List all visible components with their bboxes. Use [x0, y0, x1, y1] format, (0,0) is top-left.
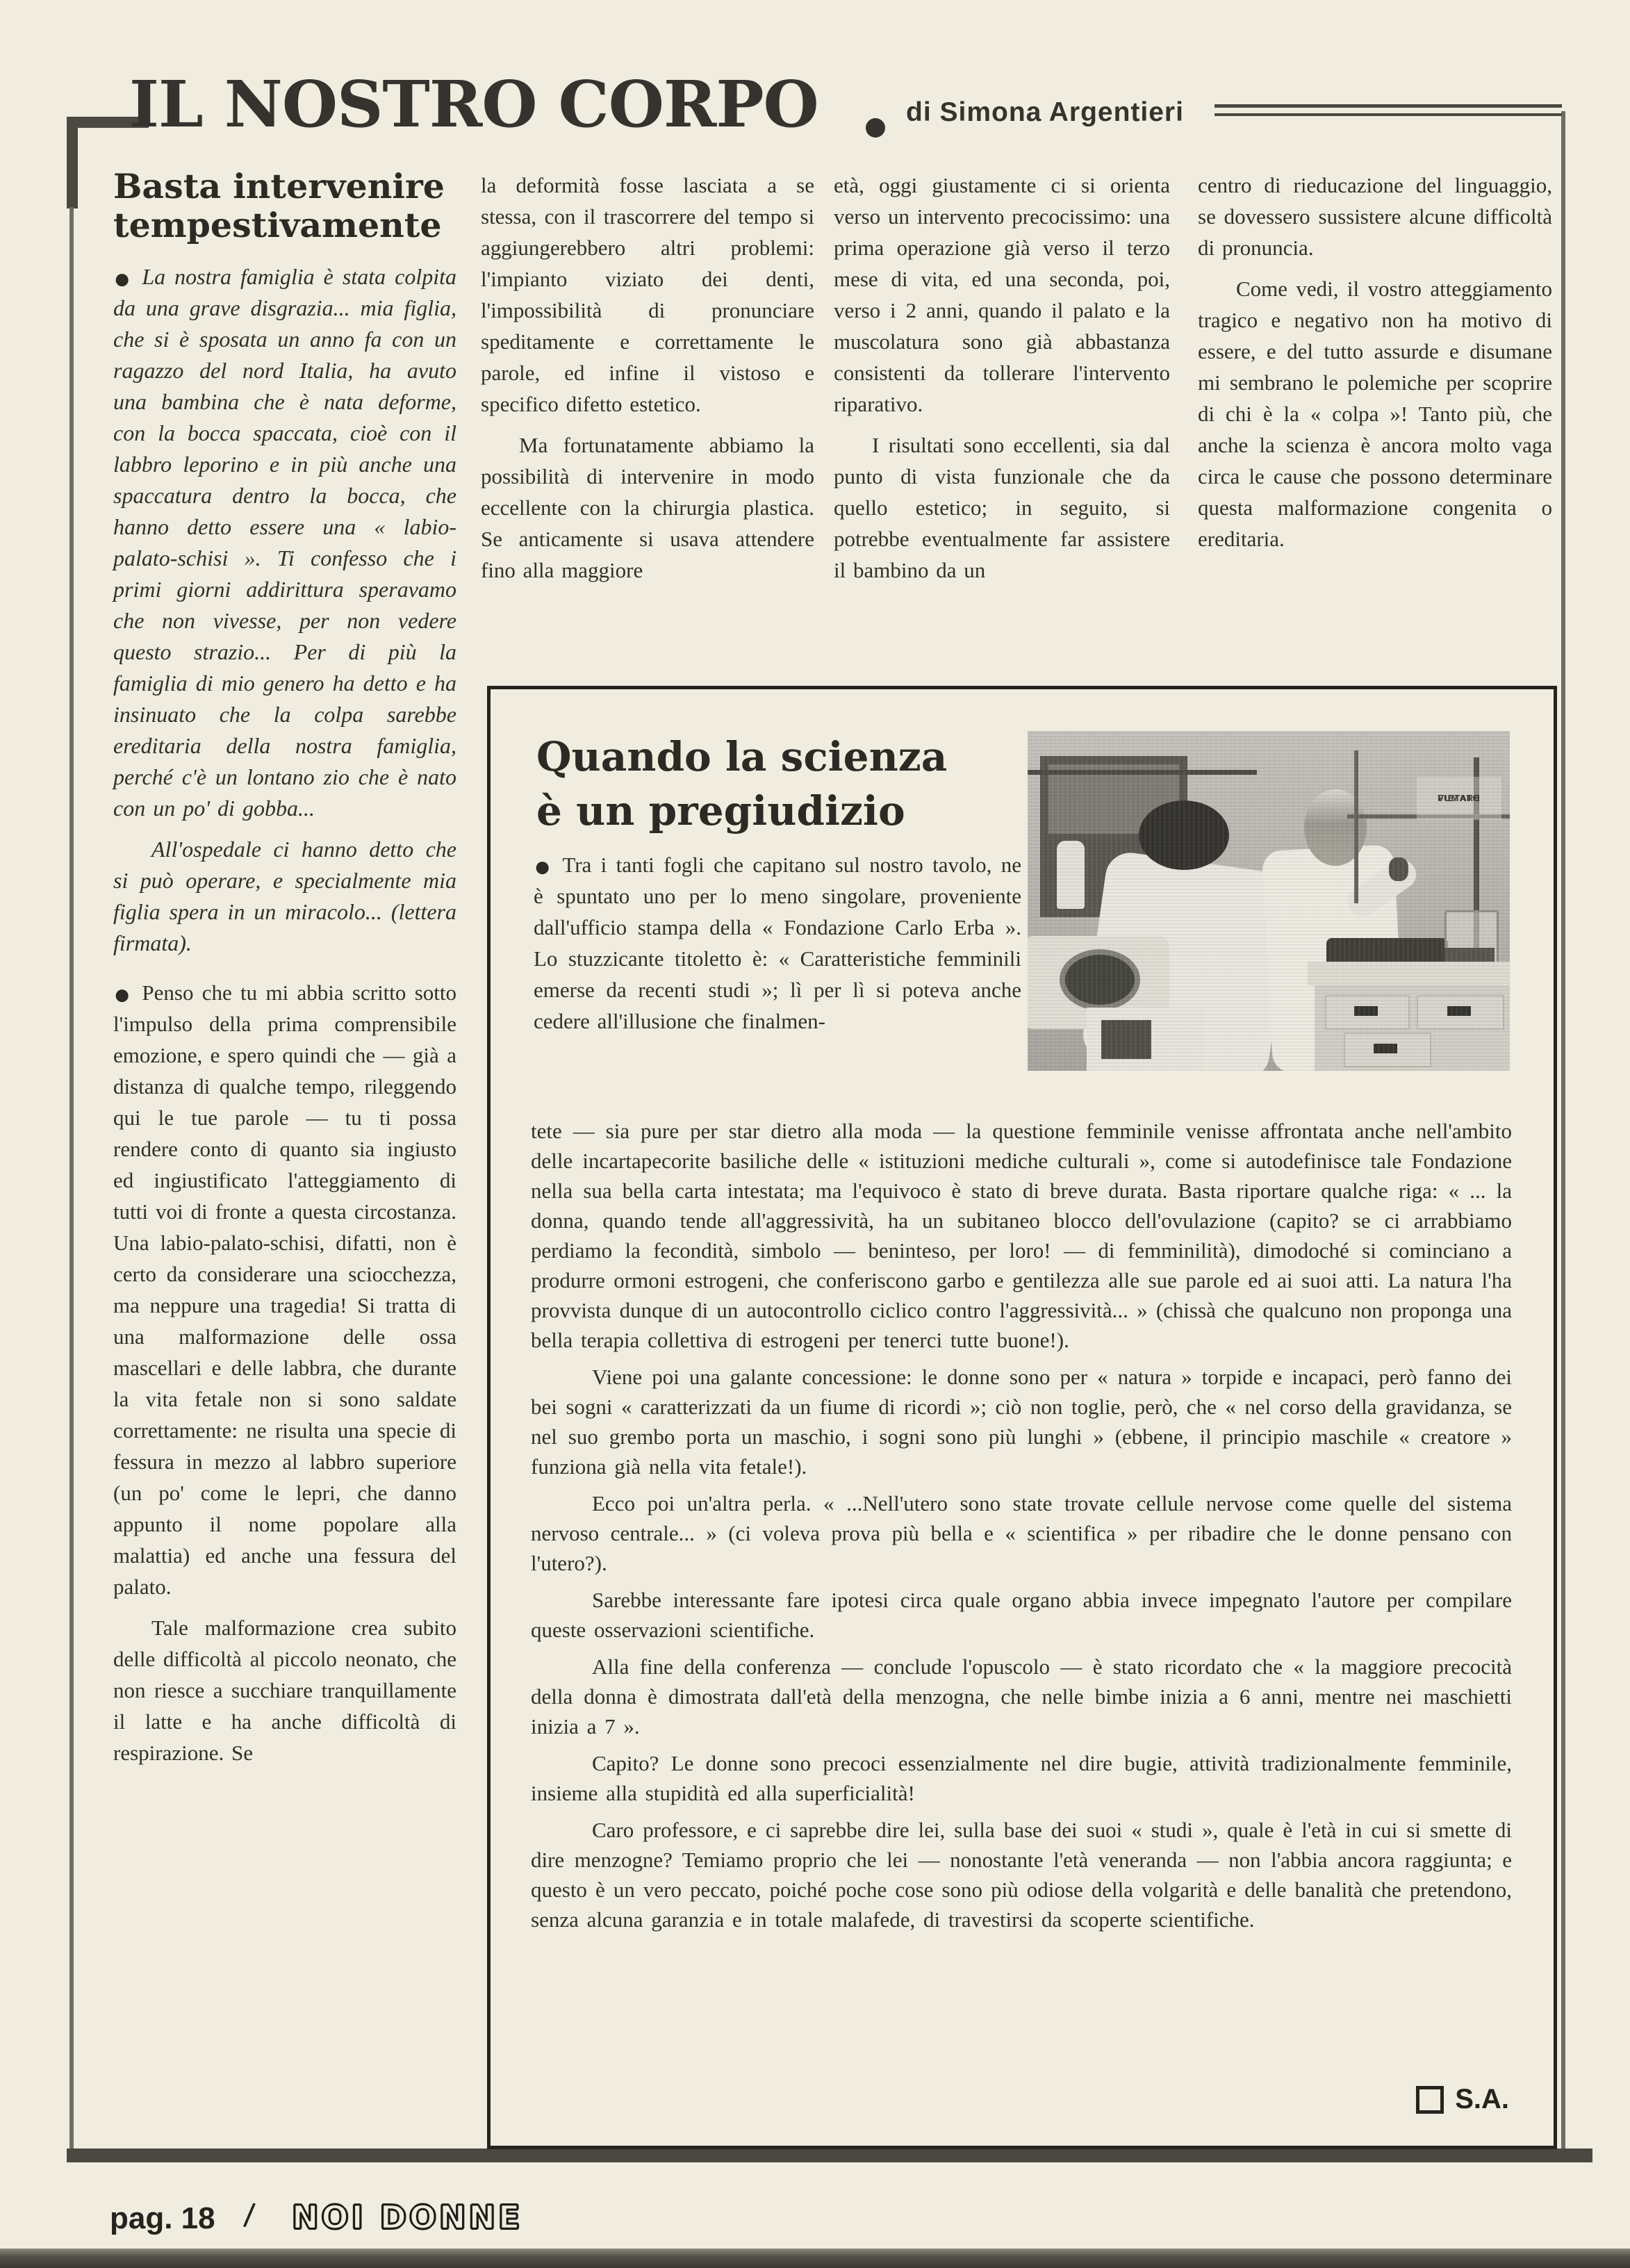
box-paragraph: tete — sia pure per star dietro alla mod… [531, 1116, 1512, 1355]
box-paragraph: Capito? Le donne sono precoci essenzialm… [531, 1748, 1512, 1808]
photo-apparatus-box [1087, 1008, 1203, 1071]
reply-paragraph: età, oggi giustamente ci si orienta vers… [834, 170, 1170, 420]
box-article-heading: Quando la scienza è un pregiudizio [536, 730, 1037, 838]
photo-lab-stand [1474, 757, 1479, 973]
photo-scientist-hand [1389, 857, 1408, 881]
photo-counter [1308, 962, 1510, 985]
lead-article-column-2: la deformità fosse lasciata a se stessa,… [481, 170, 814, 586]
box-heading-line-2: è un pregiudizio [536, 787, 905, 835]
article-signature: S.A. [1416, 2084, 1509, 2115]
letter-paragraph: All'ospedale ci hanno detto che si può o… [113, 834, 456, 959]
title-dot-icon [866, 118, 885, 138]
byline: di Simona Argentieri [906, 97, 1184, 128]
reply-paragraph: ●Penso che tu mi abbia scritto sotto l'i… [113, 977, 456, 1602]
photo-scientist-arm [1342, 854, 1422, 921]
photo-lab-stand [1354, 750, 1358, 903]
photo-centrifuge [1028, 936, 1169, 1029]
box-article: Quando la scienza è un pregiudizio VIETA… [487, 686, 1557, 2149]
heading-line-1: Basta intervenire [113, 166, 445, 206]
photo-instrument [1326, 938, 1448, 996]
laboratory-photo: VIETATO FUMARE [1028, 731, 1510, 1071]
bottom-bar [67, 2148, 1592, 2162]
reply-paragraph: Tale malformazione crea subito delle dif… [113, 1612, 456, 1768]
photo-beaker-liquid [1444, 948, 1495, 971]
photo-window-pane [1048, 764, 1179, 834]
reply-paragraph: I risultati sono eccellenti, sia dal pun… [834, 429, 1170, 586]
end-of-article-square-icon [1416, 2086, 1444, 2114]
box-paragraph: Ecco poi un'altra perla. « ...Nell'utero… [531, 1488, 1512, 1578]
lead-article-heading: Basta intervenire tempestivamente [113, 167, 456, 245]
header-double-rule-bottom [1215, 113, 1562, 116]
photo-cabinet [1315, 985, 1510, 1071]
sign-line-1: VIETATO [1438, 793, 1480, 804]
bullet-icon: ● [113, 988, 131, 1002]
box-article-body: tete — sia pure per star dietro alla mod… [531, 1116, 1512, 1941]
photo-drawer-handle [1447, 1006, 1471, 1016]
photo-bottle [1057, 841, 1085, 909]
footer-separator: / [242, 2196, 256, 2235]
photo-rod [1028, 770, 1257, 775]
heading-line-2: tempestivamente [113, 205, 442, 245]
reply-text: Penso che tu mi abbia scritto sotto l'im… [113, 980, 456, 1599]
photo-doorway [1040, 756, 1187, 917]
lead-article-column-4: centro di rieducazione del linguaggio, s… [1198, 170, 1552, 554]
reply-paragraph: Come vedi, il vostro atteggiamento tragi… [1198, 273, 1552, 554]
box-paragraph: Caro professore, e ci saprebbe dire lei,… [531, 1815, 1512, 1934]
lead-article-column-1: Basta intervenire tempestivamente ●La no… [113, 167, 456, 1768]
photo-scientist-head [1304, 789, 1367, 866]
photo-centrifuge-lid [1060, 949, 1140, 1010]
scan-edge-strip [0, 2249, 1630, 2268]
box-intro-text: Tra i tanti fogli che capitano sul nostr… [534, 853, 1021, 1033]
photo-drawer [1417, 995, 1504, 1030]
right-page-rule [1561, 111, 1565, 2150]
box-paragraph: Alla fine della conferenza — conclude l'… [531, 1652, 1512, 1741]
letter-text: La nostra famiglia è stata colpita da un… [113, 264, 456, 821]
photo-apparatus-window [1101, 1020, 1151, 1059]
corner-bracket-vertical [67, 117, 78, 208]
letter-paragraph: ●La nostra famiglia è stata colpita da u… [113, 261, 456, 824]
signature-initials: S.A. [1455, 2084, 1509, 2115]
page-title: IL NOSTRO CORPO [129, 67, 818, 142]
lead-article-column-3: età, oggi giustamente ci si orienta vers… [834, 170, 1170, 586]
box-heading-line-1: Quando la scienza [536, 733, 947, 780]
photo-technician-coat [1080, 850, 1294, 1071]
photo-technician-head [1139, 800, 1229, 870]
photo-drawer-handle [1354, 1006, 1378, 1016]
photo-lab-stand [1347, 814, 1510, 819]
box-intro-paragraph: ●Tra i tanti fogli che capitano sul nost… [534, 849, 1021, 1037]
magazine-logo: NOI DONNE [292, 2199, 522, 2236]
photo-scientist-coat [1262, 844, 1405, 1071]
reply-paragraph: la deformità fosse lasciata a se stessa,… [481, 170, 814, 420]
reply-paragraph: centro di rieducazione del linguaggio, s… [1198, 170, 1552, 263]
left-page-rule [69, 207, 74, 2150]
box-paragraph: Sarebbe interessante fare ipotesi circa … [531, 1585, 1512, 1645]
bullet-icon: ● [534, 860, 551, 874]
reply-paragraph: Ma fortunatamente abbiamo la possibilità… [481, 429, 814, 586]
page-number: pag. 18 [110, 2201, 215, 2236]
box-paragraph: Viene poi una galante concessione: le do… [531, 1362, 1512, 1481]
header-double-rule-top [1215, 104, 1562, 108]
magazine-page: IL NOSTRO CORPO di Simona Argentieri Bas… [0, 0, 1630, 2268]
photo-no-smoking-sign: VIETATO FUMARE [1417, 777, 1501, 820]
bullet-icon: ● [113, 272, 131, 286]
photo-drawer-handle [1374, 1044, 1397, 1053]
photo-beaker [1444, 910, 1499, 976]
photo-drawer [1325, 995, 1410, 1030]
sign-line-2: FUMARE [1438, 793, 1481, 804]
photo-drawer [1344, 1033, 1431, 1067]
